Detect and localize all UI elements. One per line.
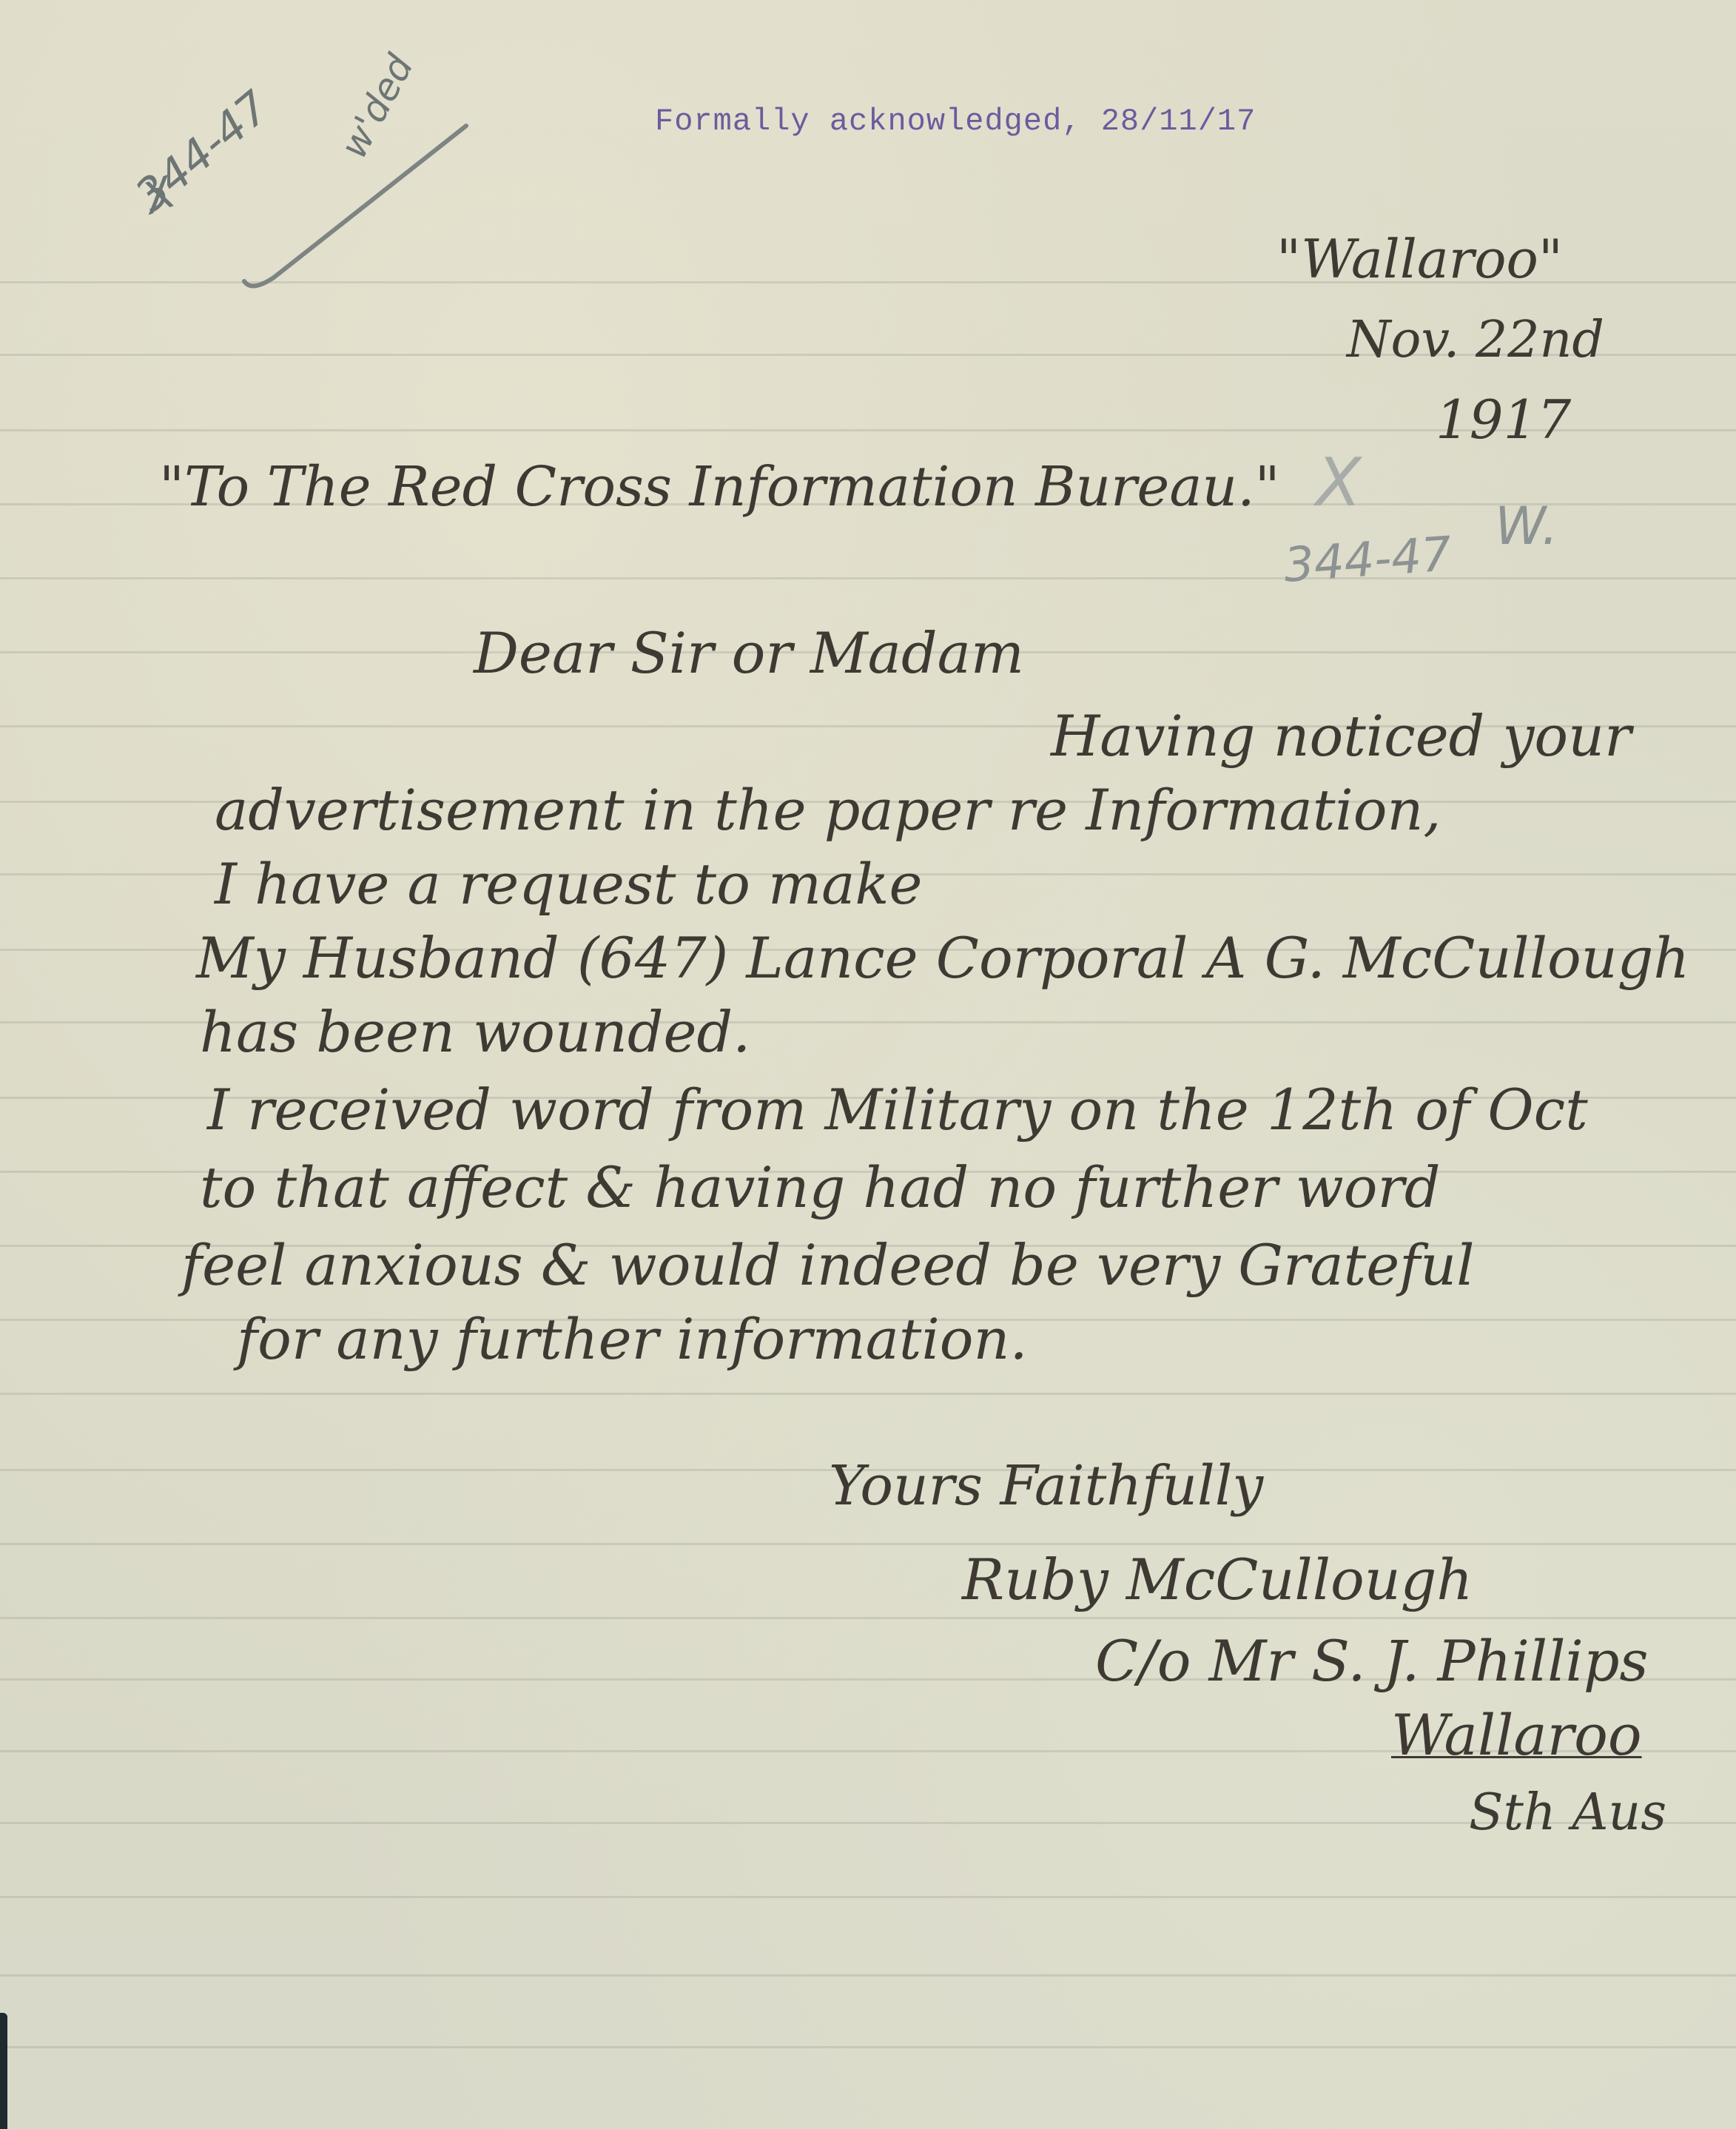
typed-acknowledgement-stamp: Formally acknowledged, 28/11/17 [655, 104, 1256, 139]
body-line-1: Having noticed your [1051, 703, 1631, 769]
body-line-2: advertisement in the paper re Informatio… [215, 777, 1441, 843]
sender-address-header: "Wallaroo" [1276, 228, 1563, 290]
ruled-line [0, 577, 1736, 579]
ruled-line [0, 1617, 1736, 1619]
pencil-reference-number-right: 344-47 [1282, 527, 1453, 593]
closing-line: Yours Faithfully [829, 1454, 1263, 1518]
ruled-line [0, 1393, 1736, 1395]
ruled-line [0, 1896, 1736, 1898]
body-line-6: I received word from Military on the 12t… [207, 1077, 1588, 1143]
addressee-line: "To The Red Cross Information Bureau." [159, 455, 1280, 519]
scan-edge-shadow [0, 2013, 7, 2129]
letter-date: Nov. 22nd [1347, 311, 1604, 369]
body-line-4: My Husband (647) Lance Corporal A G. McC… [196, 925, 1689, 991]
ruled-line [0, 1543, 1736, 1545]
return-address-line-2: Wallaroo [1391, 1702, 1642, 1768]
pencil-status-w: W. [1495, 496, 1558, 556]
salutation: Dear Sir or Madam [474, 620, 1024, 686]
body-line-3: I have a request to make [215, 851, 922, 917]
signature: Ruby McCullough [962, 1547, 1473, 1612]
letter-page: Formally acknowledged, 28/11/17 X 344-47… [0, 0, 1736, 2129]
body-line-5: has been wounded. [200, 999, 750, 1065]
body-line-7: to that affect & having had no further w… [200, 1154, 1441, 1220]
return-address-line-3: Sth Aus [1469, 1783, 1666, 1842]
body-line-9: for any further information. [237, 1306, 1028, 1372]
ruled-line [0, 2046, 1736, 2048]
ruled-line [0, 1974, 1736, 1977]
return-address-line-1: C/o Mr S. J. Phillips [1095, 1628, 1649, 1694]
pencil-mark-x-right: X [1316, 444, 1362, 522]
body-line-8: feel anxious & would indeed be very Grat… [181, 1232, 1475, 1298]
letter-year: 1917 [1436, 389, 1571, 451]
